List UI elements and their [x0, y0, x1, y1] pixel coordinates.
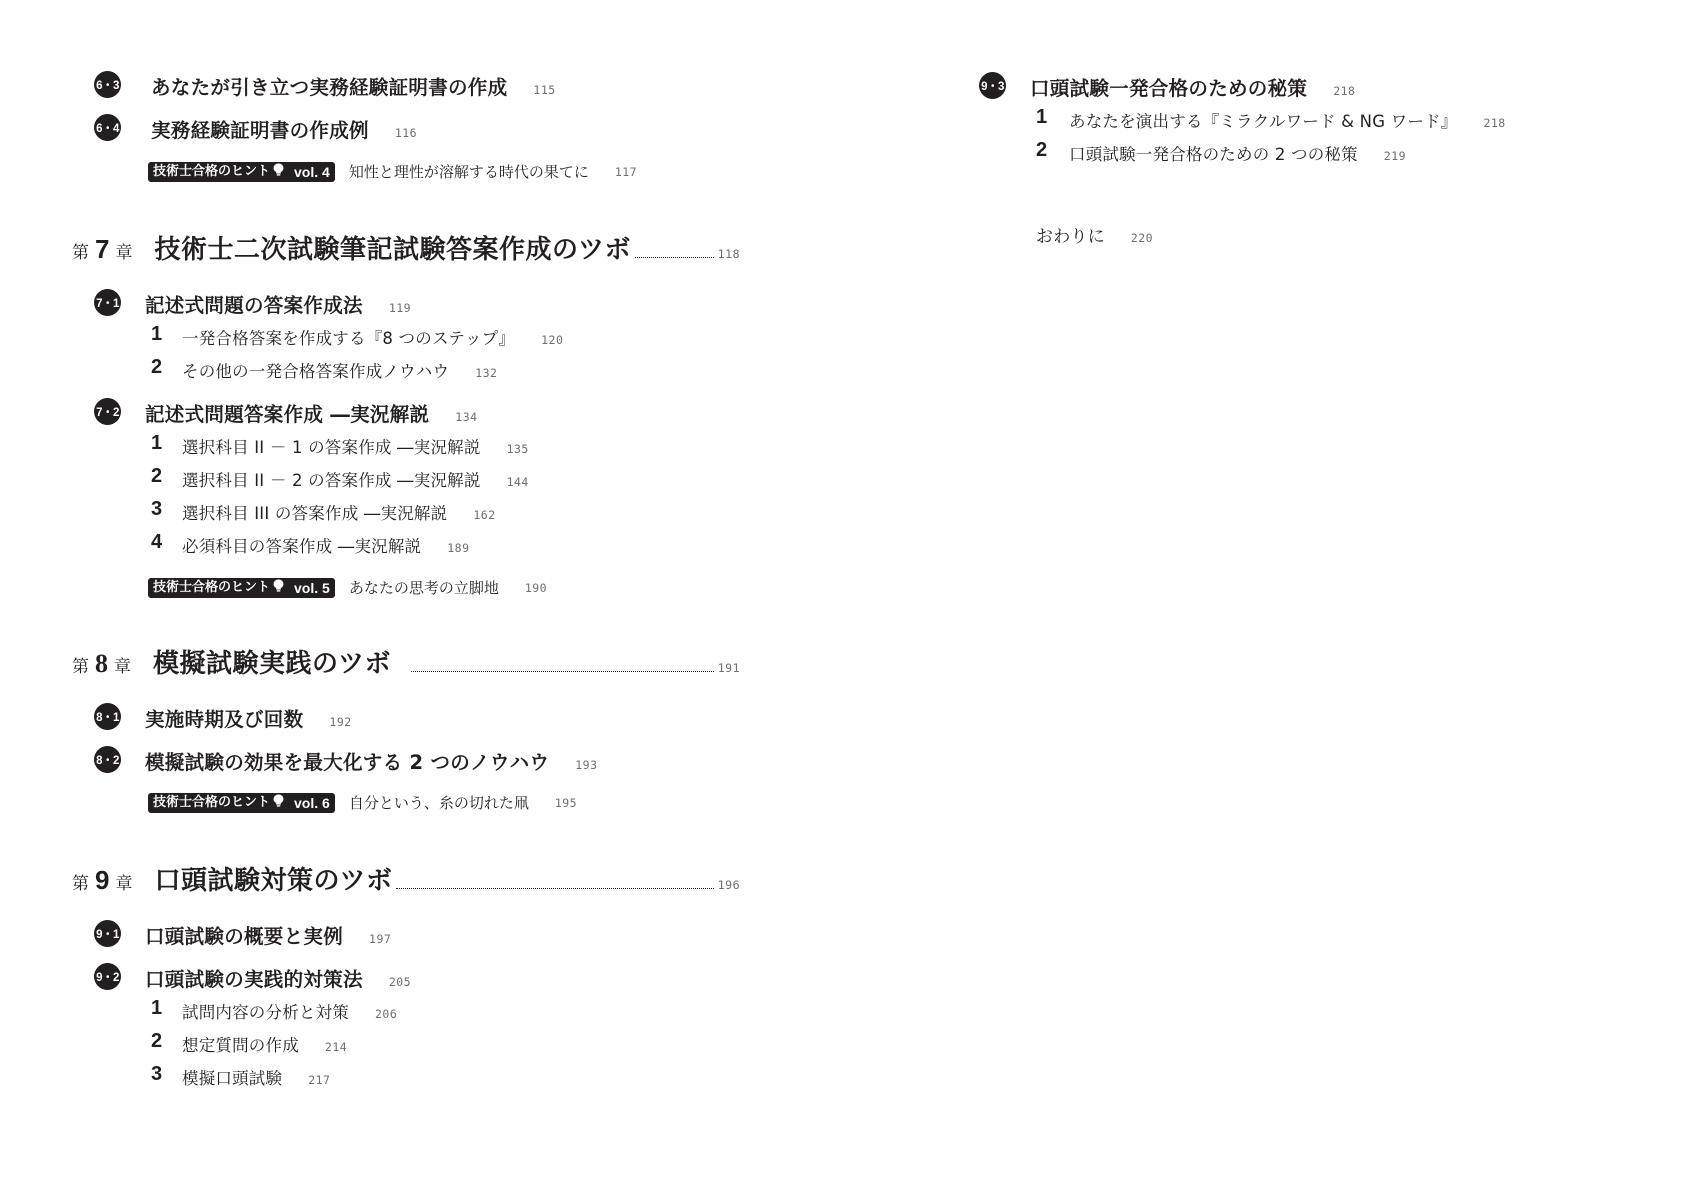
hint-tag: 技術士合格のヒント vol. 6	[148, 793, 335, 813]
section-badge: 7・1	[94, 289, 121, 316]
lightbulb-icon	[273, 794, 284, 812]
section-title: 口頭試験一発合格のための秘策	[1030, 73, 1307, 101]
dotted-leader	[396, 887, 713, 889]
hint-title: 自分という、糸の切れた凧	[349, 792, 529, 813]
hint-title: 知性と理性が溶解する時代の果てに	[349, 161, 589, 182]
page-number: 191	[718, 661, 740, 675]
toc-item-7-2-2[interactable]: 選択科目 II － 2 の答案作成 ―実況解説 144	[182, 467, 529, 491]
page-number: 219	[1384, 149, 1406, 163]
toc-entry-9-1[interactable]: 口頭試験の概要と実例 197	[145, 921, 391, 949]
page-number: 120	[541, 333, 563, 347]
chapter-heading-9[interactable]: 第 9 章 口頭試験対策のツボ 196	[72, 860, 740, 897]
chapter-prefix: 第	[72, 238, 89, 263]
chapter-heading-7[interactable]: 第 7 章 技術士二次試験筆記試験答案作成のツボ 118	[72, 229, 740, 266]
item-number: 3	[151, 1063, 162, 1086]
section-badge: 9・3	[979, 72, 1006, 99]
hint-title: あなたの思考の立脚地	[349, 577, 499, 598]
hint-vol: vol. 4	[294, 163, 330, 181]
hint-vol: vol. 5	[294, 579, 330, 597]
toc-entry-9-3[interactable]: 口頭試験一発合格のための秘策 218	[1030, 73, 1355, 101]
page-number: 117	[615, 165, 637, 179]
page-number: 206	[375, 1007, 397, 1021]
item-title: 模擬口頭試験	[182, 1065, 282, 1089]
chapter-suffix: 章	[114, 652, 131, 677]
item-title: 試問内容の分析と対策	[182, 999, 349, 1023]
section-badge: 7・2	[94, 398, 121, 425]
page-number: 197	[369, 932, 391, 946]
afterword-title: おわりに	[1036, 222, 1105, 247]
toc-entry-8-2[interactable]: 模擬試験の効果を最大化する 2 つのノウハウ 193	[145, 747, 598, 775]
hint-tag-label: 技術士合格のヒント	[153, 163, 270, 181]
toc-item-7-1-2[interactable]: その他の一発合格答案作成ノウハウ 132	[182, 358, 497, 382]
item-number: 4	[151, 531, 162, 554]
section-title: 実施時期及び回数	[145, 704, 303, 732]
page-number: 192	[329, 715, 351, 729]
item-number: 3	[151, 498, 162, 521]
lightbulb-icon	[273, 163, 284, 181]
page-number: 217	[308, 1073, 330, 1087]
toc-hint-vol4[interactable]: 技術士合格のヒント vol. 4 知性と理性が溶解する時代の果てに 117	[148, 161, 637, 182]
page-number: 134	[455, 410, 477, 424]
item-title: 選択科目 III の答案作成 ―実況解説	[182, 500, 447, 524]
section-title: あなたが引き立つ実務経験証明書の作成	[151, 72, 507, 100]
section-badge: 6・3	[94, 71, 121, 98]
toc-item-7-2-1[interactable]: 選択科目 II － 1 の答案作成 ―実況解説 135	[182, 434, 529, 458]
section-title: 実務経験証明書の作成例	[151, 115, 369, 143]
page-number: 218	[1333, 84, 1355, 98]
hint-tag-label: 技術士合格のヒント	[153, 579, 270, 597]
lightbulb-icon	[273, 579, 284, 597]
toc-item-9-2-2[interactable]: 想定質問の作成 214	[182, 1032, 347, 1056]
section-badge: 9・1	[94, 920, 121, 947]
page-number: 116	[395, 126, 417, 140]
section-badge: 8・1	[94, 703, 121, 730]
page-number: 214	[325, 1040, 347, 1054]
dotted-leader	[411, 670, 714, 672]
section-title: 記述式問題の答案作成法	[145, 290, 363, 318]
toc-afterword[interactable]: おわりに 220	[1036, 222, 1153, 247]
item-number: 2	[1036, 139, 1047, 162]
toc-hint-vol5[interactable]: 技術士合格のヒント vol. 5 あなたの思考の立脚地 190	[148, 577, 547, 598]
chapter-title: 口頭試験対策のツボ	[154, 860, 392, 897]
toc-item-9-2-1[interactable]: 試問内容の分析と対策 206	[182, 999, 397, 1023]
item-number: 2	[151, 356, 162, 379]
item-number: 1	[151, 323, 162, 346]
page-number: 190	[525, 581, 547, 595]
item-title: あなたを演出する『ミラクルワード & NG ワード』	[1069, 108, 1457, 132]
page-number: 132	[475, 366, 497, 380]
section-badge: 9・2	[94, 963, 121, 990]
toc-item-9-3-2[interactable]: 口頭試験一発合格のための 2 つの秘策 219	[1069, 141, 1406, 165]
page-number: 135	[507, 442, 529, 456]
chapter-prefix: 第	[72, 652, 89, 677]
page-number: 118	[718, 247, 740, 261]
item-title: 選択科目 II － 2 の答案作成 ―実況解説	[182, 467, 481, 491]
toc-hint-vol6[interactable]: 技術士合格のヒント vol. 6 自分という、糸の切れた凧 195	[148, 792, 577, 813]
section-badge: 8・2	[94, 746, 121, 773]
chapter-heading-8[interactable]: 第 8 章 模擬試験実践のツボ 191	[72, 643, 740, 680]
item-number: 2	[151, 1030, 162, 1053]
item-number: 1	[151, 432, 162, 455]
toc-entry-9-2[interactable]: 口頭試験の実践的対策法 205	[145, 964, 411, 992]
page-number: 205	[389, 975, 411, 989]
hint-tag: 技術士合格のヒント vol. 4	[148, 162, 335, 182]
item-title: 口頭試験一発合格のための 2 つの秘策	[1069, 141, 1358, 165]
page-number: 196	[718, 878, 740, 892]
item-title: 想定質問の作成	[182, 1032, 299, 1056]
section-title: 記述式問題答案作成 ―実況解説	[145, 399, 429, 427]
chapter-number: 7	[95, 234, 109, 265]
chapter-suffix: 章	[115, 869, 132, 894]
toc-entry-6-4[interactable]: 実務経験証明書の作成例 116	[151, 115, 417, 143]
chapter-number: 9	[95, 865, 109, 896]
page-number: 162	[473, 508, 495, 522]
toc-entry-8-1[interactable]: 実施時期及び回数 192	[145, 704, 352, 732]
page-number: 119	[389, 301, 411, 315]
item-number: 2	[151, 465, 162, 488]
toc-entry-7-2[interactable]: 記述式問題答案作成 ―実況解説 134	[145, 399, 478, 427]
toc-entry-6-3[interactable]: あなたが引き立つ実務経験証明書の作成 115	[151, 72, 556, 100]
item-title: 必須科目の答案作成 ―実況解説	[182, 533, 421, 557]
item-number: 1	[151, 997, 162, 1020]
toc-item-7-2-4[interactable]: 必須科目の答案作成 ―実況解説 189	[182, 533, 470, 557]
hint-tag: 技術士合格のヒント vol. 5	[148, 578, 335, 598]
toc-entry-7-1[interactable]: 記述式問題の答案作成法 119	[145, 290, 411, 318]
hint-tag-label: 技術士合格のヒント	[153, 794, 270, 812]
toc-item-9-2-3[interactable]: 模擬口頭試験 217	[182, 1065, 330, 1089]
chapter-number: 8	[95, 649, 108, 679]
chapter-prefix: 第	[72, 869, 89, 894]
page-number: 144	[507, 475, 529, 489]
page-number: 115	[533, 83, 555, 97]
toc-item-7-1-1[interactable]: 一発合格答案を作成する『8 つのステップ』 120	[182, 325, 563, 349]
toc-item-7-2-3[interactable]: 選択科目 III の答案作成 ―実況解説 162	[182, 500, 496, 524]
chapter-title: 技術士二次試験筆記試験答案作成のツボ	[154, 229, 630, 266]
page-number: 220	[1131, 231, 1153, 245]
item-title: その他の一発合格答案作成ノウハウ	[182, 358, 449, 382]
hint-vol: vol. 6	[294, 794, 330, 812]
item-number: 1	[1036, 106, 1047, 129]
item-title: 一発合格答案を作成する『8 つのステップ』	[182, 325, 515, 349]
chapter-title: 模擬試験実践のツボ	[153, 643, 391, 680]
dotted-leader	[635, 256, 714, 258]
page-number: 218	[1483, 116, 1505, 130]
page-number: 189	[447, 541, 469, 555]
section-title: 模擬試験の効果を最大化する 2 つのノウハウ	[145, 747, 549, 775]
page-number: 195	[555, 796, 577, 810]
item-title: 選択科目 II － 1 の答案作成 ―実況解説	[182, 434, 481, 458]
section-title: 口頭試験の概要と実例	[145, 921, 343, 949]
section-badge: 6・4	[94, 114, 121, 141]
toc-item-9-3-1[interactable]: あなたを演出する『ミラクルワード & NG ワード』 218	[1069, 108, 1506, 132]
section-title: 口頭試験の実践的対策法	[145, 964, 363, 992]
page-number: 193	[575, 758, 597, 772]
chapter-suffix: 章	[115, 238, 132, 263]
